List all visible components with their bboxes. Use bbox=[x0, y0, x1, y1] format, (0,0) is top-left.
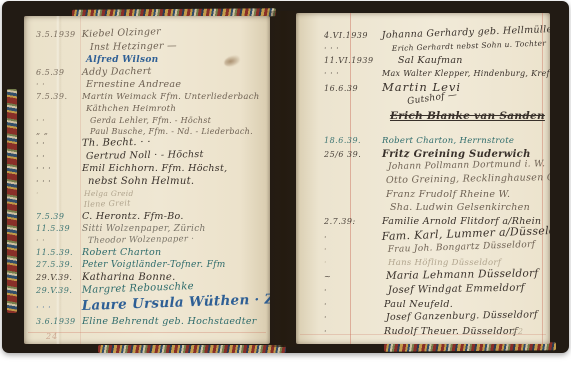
entry-row: · · ·Emil Eichhorn. Ffm. Höchst, bbox=[36, 163, 264, 174]
entry-row: 7.5.39C. Herontz. Ffm-Bo. bbox=[36, 211, 264, 222]
entry-date: 11.5.39. bbox=[36, 248, 82, 257]
entry-date: · bbox=[36, 189, 82, 198]
entry-name: Alfred Wilson bbox=[86, 55, 158, 65]
entry-row: · · ·Max Walter Klepper, Hindenburg, Kre… bbox=[324, 69, 546, 78]
entry-row: 6.5.39Addy Dachert bbox=[36, 67, 264, 78]
entry-date: 7.5.39 bbox=[36, 212, 82, 221]
entry-name: Paul Neufeld. bbox=[384, 299, 453, 310]
entry-row: 3.6.1939Eline Behrendt geb. Hochstaedter bbox=[36, 316, 264, 327]
entry-row: 27.5.39.Peter Voigtländer-Tofner. Ffm bbox=[36, 260, 264, 270]
entry-name: Gertrud Noll · - Höchst bbox=[86, 149, 204, 162]
entry-date: 7.5.39. bbox=[36, 92, 82, 101]
entry-row: ·Josef Ganzenburg. Düsseldorf bbox=[324, 312, 546, 323]
guestbook: 3.5.1939Kiebel OlzingerInst Hetzinger —A… bbox=[2, 1, 569, 353]
entry-row: · ·Th. Becht. · · bbox=[36, 138, 264, 149]
entry-row: 11.5.39Sitti Wolzenpaper, Zürich bbox=[36, 224, 264, 234]
entry-row: 18.6.39.Robert Charton, Herrnstrote bbox=[324, 136, 546, 146]
entry-row: Franz Frudolf Rheine W. bbox=[324, 189, 546, 200]
entry-date: 6.5.39 bbox=[36, 68, 82, 77]
entry-name: Max Walter Klepper, Hindenburg, Krefeld. bbox=[382, 69, 550, 78]
entry-date: · bbox=[324, 245, 382, 254]
entry-date: · bbox=[324, 300, 382, 309]
entry-name: Käthchen Heimroth bbox=[86, 104, 176, 114]
entry-name: Gerda Lehler, Ffm. - Höchst bbox=[90, 116, 211, 125]
entry-name: Sal Kaufman bbox=[398, 55, 463, 66]
entry-name: Erich Blanke van Sanden bbox=[390, 110, 545, 122]
entry-date: · · bbox=[36, 116, 82, 125]
left-page-number: 24 bbox=[46, 332, 58, 341]
entry-date: 11.VI.1939 bbox=[324, 56, 382, 65]
entry-row: ·Hans Höfling Düsseldorf bbox=[324, 258, 546, 268]
entry-row: ·Frau Joh. Bongartz Düsseldorf bbox=[324, 245, 546, 255]
book-gutter bbox=[266, 11, 300, 347]
entry-date: 4.VI.1939 bbox=[324, 31, 382, 40]
entry-name: Inst Hetzinger — bbox=[90, 40, 177, 53]
entry-name: Robert Charton bbox=[82, 247, 161, 258]
entry-date: · · · bbox=[36, 164, 82, 173]
entry-row: · · ·Erich Gerhardt nebst Sohn u. Tochte… bbox=[324, 44, 546, 53]
entry-name: Peter Voigtländer-Tofner. Ffm bbox=[82, 260, 226, 270]
entry-date: · · bbox=[36, 236, 82, 245]
marbled-edge-bottom-left bbox=[98, 345, 286, 353]
entry-date: 29.V.39. bbox=[36, 286, 82, 295]
left-page-bottom-rule bbox=[28, 332, 266, 333]
entry-row: Otto Greining, Recklinghausen O.G. bbox=[324, 175, 546, 186]
entry-date: · · bbox=[36, 139, 82, 148]
guestbook-page-right: 4.VI.1939Johanna Gerhardy geb. Hellmülle… bbox=[296, 13, 550, 344]
entry-row: 29.V.39.Katharina Bonne. bbox=[36, 272, 264, 283]
entry-date: · bbox=[324, 233, 382, 242]
entry-row: ·Helga Greid bbox=[36, 189, 264, 198]
entry-name: Franz Frudolf Rheine W. bbox=[386, 189, 510, 200]
entry-row: „ „Paul Busche, Ffm. - Nd. - Liederbach. bbox=[36, 127, 264, 136]
entry-name: Robert Charton, Herrnstrote bbox=[382, 136, 514, 146]
entry-date: 11.5.39 bbox=[36, 224, 82, 233]
entry-date: 2.7.39: bbox=[324, 217, 382, 226]
left-page-entries: 3.5.1939Kiebel OlzingerInst Hetzinger —A… bbox=[36, 29, 264, 327]
entry-name: Emil Eichhorn. Ffm. Höchst, bbox=[82, 163, 227, 174]
right-page-number: 22 bbox=[512, 327, 524, 336]
entry-date: 25/6 39. bbox=[324, 150, 382, 159]
entry-date: · · · bbox=[324, 69, 382, 78]
entry-name: Sha. Ludwin Gelsenkirchen bbox=[390, 202, 530, 213]
entry-name: Maria Lehmann Düsseldorf bbox=[386, 268, 539, 283]
entry-date: 27.5.39. bbox=[36, 260, 82, 269]
entry-name: Fritz Greining Suderwich bbox=[382, 149, 531, 160]
entry-date: 3.5.1939 bbox=[36, 30, 82, 39]
entry-name: Paul Busche, Ffm. - Nd. - Liederbach. bbox=[90, 127, 253, 136]
entry-date: · · · bbox=[36, 177, 82, 186]
entry-date: 3.6.1939 bbox=[36, 317, 82, 326]
entry-date: 18.6.39. bbox=[324, 136, 382, 145]
entry-date: 16.6.39 bbox=[324, 84, 382, 93]
entry-name: Ilene Greit bbox=[84, 198, 131, 209]
entry-row: · ·Gertrud Noll · - Höchst bbox=[36, 151, 264, 162]
entry-name: Martin Weimack Ffm. Unterliederbach bbox=[82, 92, 260, 102]
entry-row: 3.5.1939Kiebel Olzinger bbox=[36, 29, 264, 40]
entry-row: · ·Theodor Wolzenpaper · bbox=[36, 236, 264, 246]
entry-row: Alfred Wilson bbox=[36, 55, 264, 65]
entry-row: · · ·Laure Ursula Wüthen · Zürich bbox=[36, 298, 264, 314]
entry-name: Theodor Wolzenpaper · bbox=[88, 234, 195, 246]
entry-row: · ·Ernestine Andreae bbox=[36, 79, 264, 90]
entry-row: · · ·nebst Sohn Helmut. bbox=[36, 176, 264, 187]
entry-name: Josef Windgat Emmeldorf bbox=[388, 283, 525, 296]
entry-row: ~Maria Lehmann Düsseldorf bbox=[324, 270, 546, 282]
entry-row: ·Paul Neufeld. bbox=[324, 299, 546, 310]
entry-row: · ·Gerda Lehler, Ffm. - Höchst bbox=[36, 116, 264, 125]
entry-row: Erich Blanke van Sanden bbox=[324, 110, 546, 122]
entry-row: Inst Hetzinger — bbox=[36, 42, 264, 53]
entry-row: Gutshof — bbox=[324, 97, 546, 107]
entry-row: 25/6 39.Fritz Greining Suderwich bbox=[324, 149, 546, 160]
entry-name: Helga Greid bbox=[84, 189, 134, 198]
entry-row: 11.5.39.Robert Charton bbox=[36, 247, 264, 258]
entry-row: ·Josef Windgat Emmeldorf bbox=[324, 285, 546, 296]
entry-name: Kiebel Olzinger bbox=[82, 26, 162, 40]
entry-name: Otto Greining, Recklinghausen O.G. bbox=[386, 172, 550, 186]
entry-row: Käthchen Heimroth bbox=[36, 104, 264, 114]
entry-date: · bbox=[324, 258, 382, 267]
entry-name: Rudolf Theuer. Düsseldorf bbox=[384, 326, 518, 337]
entry-name: C. Herontz. Ffm-Bo. bbox=[82, 211, 184, 222]
entry-name: Hans Höfling Düsseldorf bbox=[388, 258, 501, 268]
entry-row: Ilene Greit bbox=[36, 200, 264, 209]
entry-row: 11.VI.1939Sal Kaufman bbox=[324, 55, 546, 66]
entry-date: ~ bbox=[324, 272, 382, 281]
entry-name: Josef Ganzenburg. Düsseldorf bbox=[386, 310, 538, 324]
entry-date: · · · bbox=[324, 44, 382, 53]
entry-date: · bbox=[324, 327, 382, 336]
entry-row: 7.5.39.Martin Weimack Ffm. Unterliederba… bbox=[36, 92, 264, 102]
entry-name: nebst Sohn Helmut. bbox=[88, 176, 194, 187]
marbled-edge-left bbox=[7, 89, 17, 313]
entry-name: Addy Dachert bbox=[82, 65, 152, 77]
entry-date: · · bbox=[36, 80, 82, 89]
right-page-entries: 4.VI.1939Johanna Gerhardy geb. Hellmülle… bbox=[324, 30, 546, 337]
entry-date: „ „ bbox=[36, 127, 82, 136]
entry-name: Johann Pollmann Dortmund i. W. bbox=[388, 160, 545, 173]
entry-name: Ernestine Andreae bbox=[86, 79, 181, 90]
entry-date: · bbox=[324, 313, 382, 322]
entry-date: · bbox=[324, 286, 382, 295]
entry-row: Sha. Ludwin Gelsenkirchen bbox=[324, 202, 546, 213]
entry-date: · · bbox=[36, 152, 82, 161]
guestbook-page-left: 3.5.1939Kiebel OlzingerInst Hetzinger —A… bbox=[24, 16, 270, 344]
entry-name: Eline Behrendt geb. Hochstaedter bbox=[82, 316, 257, 327]
entry-name: Th. Becht. · · bbox=[82, 137, 151, 149]
entry-date: 29.V.39. bbox=[36, 273, 82, 282]
entry-row: Johann Pollmann Dortmund i. W. bbox=[324, 162, 546, 172]
entry-date: · · · bbox=[36, 303, 82, 312]
entry-name: Sitti Wolzenpaper, Zürich bbox=[82, 224, 206, 234]
